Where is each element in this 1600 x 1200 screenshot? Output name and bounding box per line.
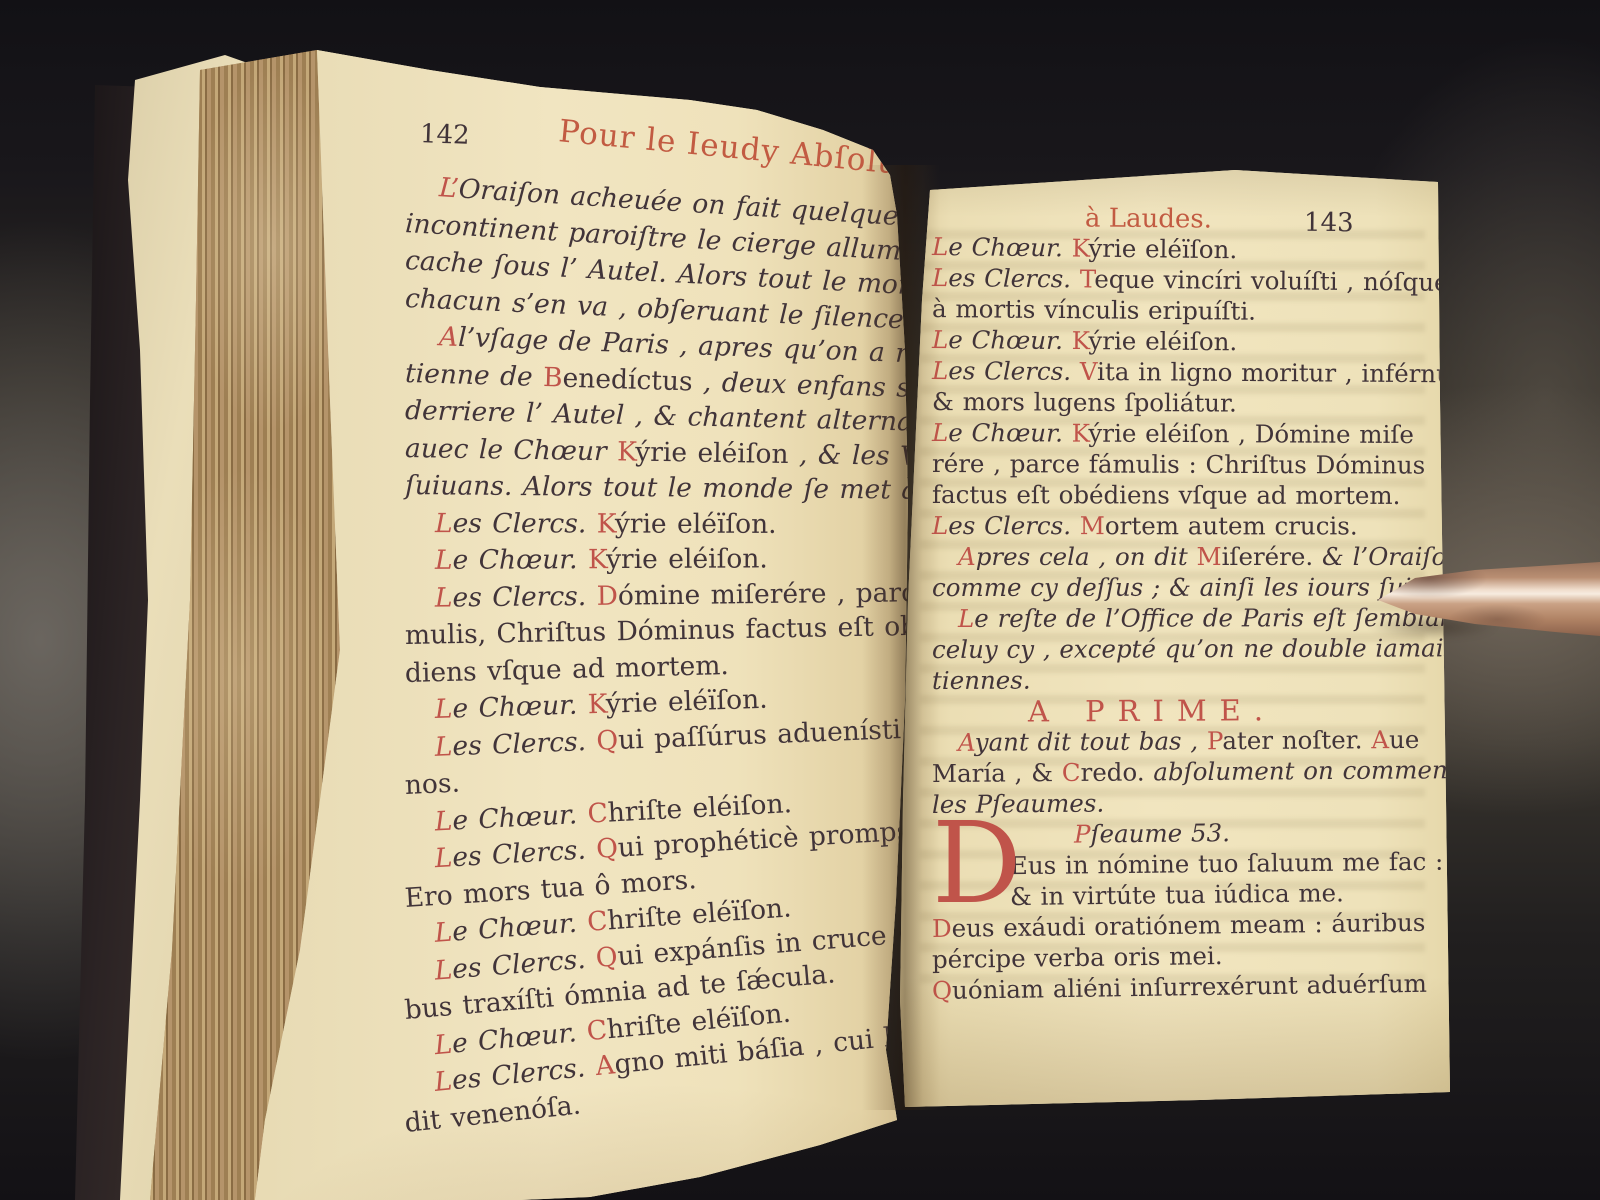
text-line: A PRIME. bbox=[932, 695, 1372, 728]
text-line: Le Chœur. Kýrie eléiſon , Dómine miſe bbox=[932, 418, 1412, 451]
drop-cap-initial: D bbox=[932, 822, 1022, 906]
text-line: Le reſte de l’Office de Paris eſt ſembla… bbox=[932, 603, 1412, 635]
page-number-left: 142 bbox=[419, 119, 470, 151]
text-line: Ayant dit tout bas , Pater noſter. Aue bbox=[932, 725, 1412, 759]
photo-scene: 142 Pour le Ieudy Abſolu, L’Oraiſon ache… bbox=[0, 0, 1600, 1200]
text-line: Le Chœur. Kýrie eléiſon. bbox=[932, 325, 1412, 360]
text-line: Les Clercs. Vita in ligno moritur , infé… bbox=[932, 356, 1412, 390]
text-line: Le Chœur. Kýrie eléiſon. bbox=[405, 541, 925, 581]
left-page: 142 Pour le Ieudy Abſolu, L’Oraiſon ache… bbox=[240, 30, 930, 1200]
text-line: celuy cy , excepté qu’on ne double iamai… bbox=[932, 633, 1412, 666]
text-line: Les Clercs. Kýrie eléïſon. bbox=[405, 506, 925, 545]
text-line: Apres cela , on dit Miſerére. & l’Oraiſo… bbox=[932, 542, 1412, 573]
text-line: & mors lugens ſpoliátur. bbox=[932, 387, 1412, 421]
text-line: factus eſt obédiens vſque ad mortem. bbox=[932, 480, 1412, 512]
text-line: Les Clercs. Mortem autem crucis. bbox=[932, 511, 1412, 543]
text-line: María , & Credo. abſolument on commence bbox=[932, 755, 1412, 790]
text-line: comme cy deſſus ; & ainſi les iours ſuiu… bbox=[932, 572, 1412, 604]
running-header-right: à Laudes. bbox=[1085, 203, 1212, 234]
text-line: ſuiuans. Alors tout le monde ſe met à ge… bbox=[405, 468, 925, 510]
text-line: à mortis vínculis eripuíſti. bbox=[932, 294, 1412, 329]
text-line: Quóniam aliéni inſurrexérunt aduérſum bbox=[932, 969, 1412, 1007]
left-page-text: L’Oraiſon acheuée on fait quelque bruit … bbox=[405, 168, 925, 1143]
text-line: rére , parce fámulis : Chriſtus Dóminus bbox=[932, 449, 1412, 482]
text-line: Les Clercs. Teque vincíri voluíſti , nóſ… bbox=[932, 263, 1412, 299]
text-line: Le Chœur. Kýrie eléïſon. bbox=[932, 232, 1412, 268]
text-line: tiennes. bbox=[932, 664, 1412, 697]
